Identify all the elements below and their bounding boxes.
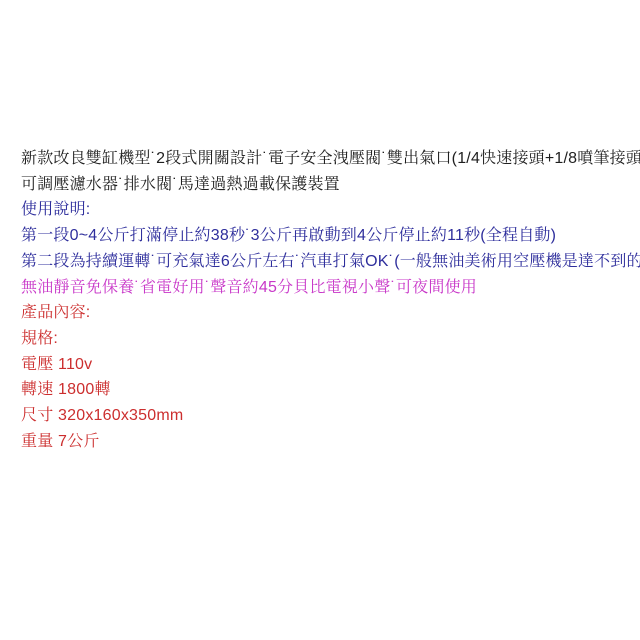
spec-voltage: 電壓 110v [21, 352, 633, 378]
spec-weight: 重量 7公斤 [21, 429, 633, 455]
spec-dimensions: 尺寸 320x160x350mm [21, 403, 633, 429]
feature-line-2: 可調壓濾水器˙排水閥˙馬達過熱過載保護裝置 [21, 172, 633, 198]
usage-step-2: 第二段為持續運轉˙可充氣達6公斤左右˙汽車打氣OK˙(一般無油美術用空壓機是達不… [21, 249, 633, 275]
product-contents-title: 產品內容: [21, 300, 633, 326]
quiet-highlight-line: 無油靜音免保養˙省電好用˙聲音約45分貝比電視小聲˙可夜間使用 [21, 275, 633, 301]
feature-line-1: 新款改良雙缸機型˙2段式開關設計˙電子安全洩壓閥˙雙出氣口(1/4快速接頭+1/… [21, 146, 633, 172]
spec-section-title: 規格: [21, 326, 633, 352]
product-description-page: 新款改良雙缸機型˙2段式開關設計˙電子安全洩壓閥˙雙出氣口(1/4快速接頭+1/… [0, 0, 640, 640]
usage-instructions-title: 使用說明: [21, 197, 633, 223]
description-text-block: 新款改良雙缸機型˙2段式開關設計˙電子安全洩壓閥˙雙出氣口(1/4快速接頭+1/… [21, 146, 633, 454]
usage-step-1: 第一段0~4公斤打滿停止約38秒˙3公斤再啟動到4公斤停止約11秒(全程自動) [21, 223, 633, 249]
spec-rpm: 轉速 1800轉 [21, 377, 633, 403]
